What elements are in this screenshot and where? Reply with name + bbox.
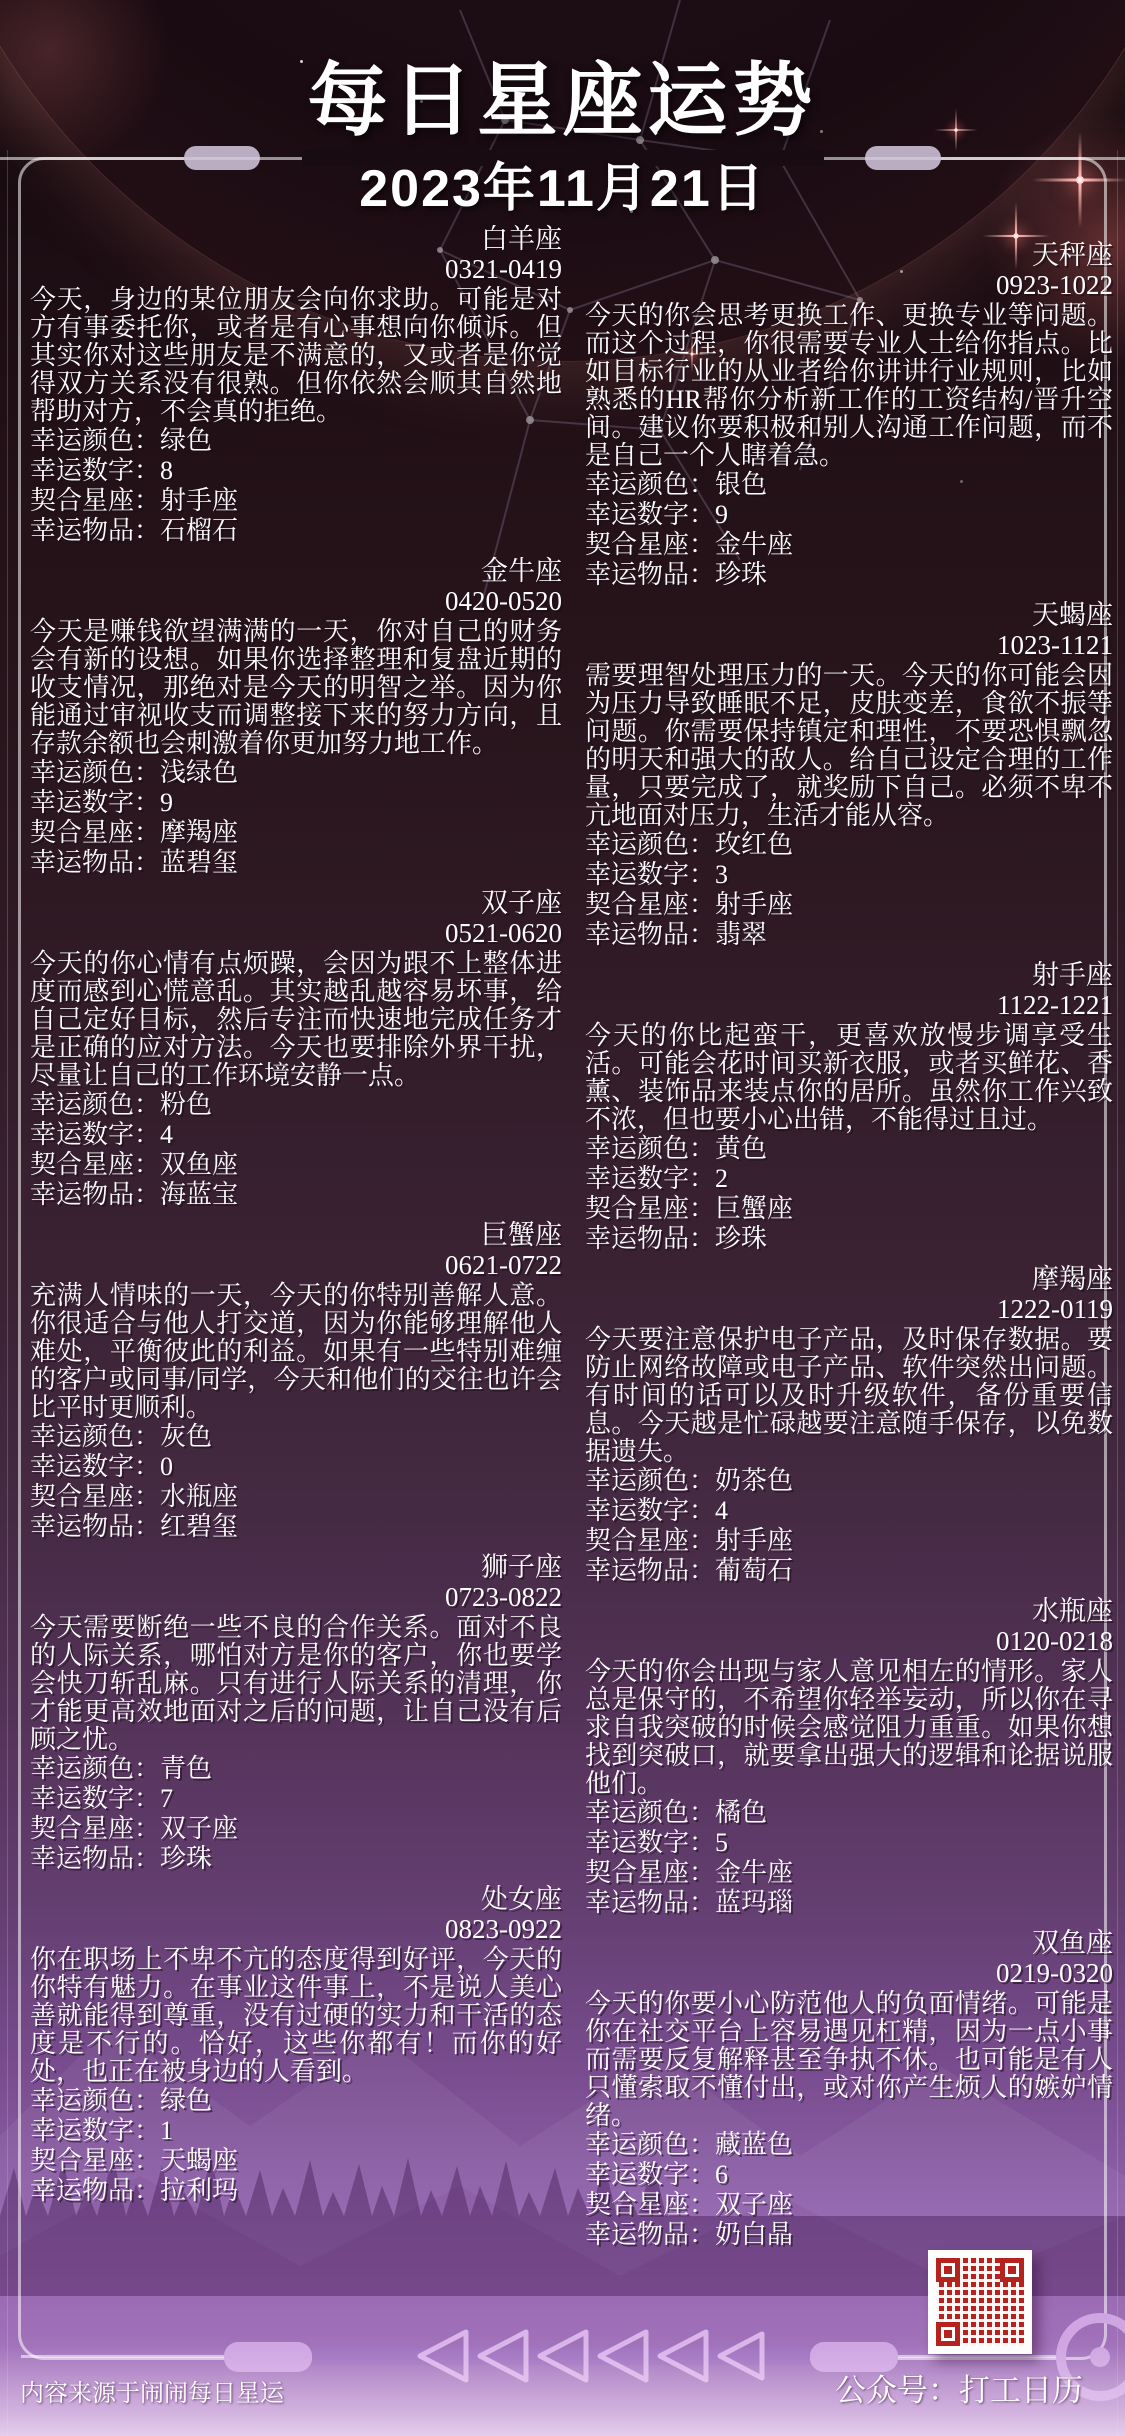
match-sign-value: 金牛座 [715, 530, 793, 559]
qr-code [928, 2250, 1032, 2354]
lucky-number-value: 6 [715, 2160, 728, 2189]
lucky-item-label: 幸运物品： [585, 2220, 715, 2249]
lucky-number-value: 5 [715, 1828, 728, 1857]
lucky-number-value: 7 [160, 1784, 173, 1813]
sign-block: 双鱼座 0219-0320 今天的你要小心防范他人的负面情绪。可能是你在社交平台… [585, 1928, 1113, 2250]
sign-fortune-text: 今天的你比起蛮干，更喜欢放慢步调享受生活。可能会花时间买新衣服，或者买鲜花、香薰… [585, 1022, 1113, 1134]
horoscope-poster: 每日星座运势 2023年11月21日 白羊座 0321-0419 今天，身边的某… [0, 0, 1125, 2436]
lucky-color-value: 银色 [715, 470, 767, 499]
match-sign-value: 双子座 [160, 1814, 238, 1843]
match-sign-label: 契合星座： [30, 1150, 160, 1179]
sign-block: 天秤座 0923-1022 今天的你会思考更换工作、更换专业等问题。而这个过程，… [585, 240, 1113, 590]
lucky-number-label: 幸运数字： [30, 1452, 160, 1481]
sign-date-range: 0120-0218 [585, 1626, 1113, 1656]
lucky-number-line: 幸运数字：1 [30, 2116, 562, 2146]
lucky-item-label: 幸运物品： [585, 920, 715, 949]
lucky-item-value: 海蓝宝 [160, 1180, 238, 1209]
lucky-number-label: 幸运数字： [30, 1120, 160, 1149]
sign-fortune-text: 今天要注意保护电子产品，及时保存数据。要防止网络故障或电子产品、软件突然出问题。… [585, 1326, 1113, 1466]
lucky-color-label: 幸运颜色： [585, 830, 715, 859]
lucky-number-label: 幸运数字： [585, 500, 715, 529]
sign-date-range: 0420-0520 [30, 586, 562, 616]
lucky-item-label: 幸运物品： [30, 848, 160, 877]
match-sign-value: 金牛座 [715, 1858, 793, 1887]
match-sign-value: 天蝎座 [160, 2146, 238, 2175]
sign-fortune-text: 你在职场上不卑不亢的态度得到好评，今天的你特有魅力。在事业这件事上，不是说人美心… [30, 1946, 562, 2086]
sign-block: 金牛座 0420-0520 今天是赚钱欲望满满的一天，你对自己的财务会有新的设想… [30, 556, 562, 878]
match-sign-label: 契合星座： [30, 1482, 160, 1511]
lucky-color-value: 浅绿色 [160, 758, 238, 787]
match-sign-value: 射手座 [160, 486, 238, 515]
lucky-color-label: 幸运颜色： [30, 2086, 160, 2115]
lucky-number-label: 幸运数字： [30, 2116, 160, 2145]
match-sign-label: 契合星座： [585, 2190, 715, 2219]
lucky-color-label: 幸运颜色： [585, 470, 715, 499]
match-sign-line: 契合星座：金牛座 [585, 530, 1113, 560]
match-sign-value: 射手座 [715, 890, 793, 919]
lucky-item-label: 幸运物品： [585, 1556, 715, 1585]
lucky-item-line: 幸运物品：葡萄石 [585, 1556, 1113, 1586]
page-date: 2023年11月21日 [0, 146, 1125, 221]
lucky-number-line: 幸运数字：2 [585, 1164, 1113, 1194]
lucky-item-line: 幸运物品：石榴石 [30, 516, 562, 546]
lucky-number-line: 幸运数字：8 [30, 456, 562, 486]
match-sign-value: 水瓶座 [160, 1482, 238, 1511]
lucky-item-label: 幸运物品： [30, 1512, 160, 1541]
sign-block: 狮子座 0723-0822 今天需要断绝一些不良的合作关系。面对不良的人际关系，… [30, 1552, 562, 1874]
lucky-number-label: 幸运数字： [585, 860, 715, 889]
lucky-item-line: 幸运物品：海蓝宝 [30, 1180, 562, 1210]
page-title: 每日星座运势 [0, 36, 1125, 151]
lucky-color-line: 幸运颜色：玫红色 [585, 830, 1113, 860]
frame-hairline-left [7, 150, 8, 2436]
sign-block: 处女座 0823-0922 你在职场上不卑不亢的态度得到好评，今天的你特有魅力。… [30, 1884, 562, 2206]
qr-finder-icon [936, 2258, 960, 2282]
match-sign-label: 契合星座： [30, 486, 160, 515]
qr-pattern [936, 2258, 1024, 2346]
lucky-color-line: 幸运颜色：灰色 [30, 1422, 562, 1452]
sign-date-range: 1222-0119 [585, 1294, 1113, 1324]
match-sign-label: 契合星座： [585, 1194, 715, 1223]
sign-date-range: 1023-1121 [585, 630, 1113, 660]
match-sign-value: 摩羯座 [160, 818, 238, 847]
column-left: 白羊座 0321-0419 今天，身边的某位朋友会向你求助。可能是对方有事委托你… [30, 224, 562, 2216]
lucky-number-line: 幸运数字：9 [30, 788, 562, 818]
lucky-number-value: 4 [715, 1496, 728, 1525]
qr-finder-icon [936, 2322, 960, 2346]
lucky-item-label: 幸运物品： [585, 560, 715, 589]
lucky-number-value: 4 [160, 1120, 173, 1149]
sign-block: 射手座 1122-1221 今天的你比起蛮干，更喜欢放慢步调享受生活。可能会花时… [585, 960, 1113, 1254]
match-sign-line: 契合星座：双鱼座 [30, 1150, 562, 1180]
lucky-color-line: 幸运颜色：黄色 [585, 1134, 1113, 1164]
lucky-color-line: 幸运颜色：青色 [30, 1754, 562, 1784]
lucky-color-line: 幸运颜色：浅绿色 [30, 758, 562, 788]
lucky-item-value: 珍珠 [160, 1844, 212, 1873]
match-sign-label: 契合星座： [30, 818, 160, 847]
sign-name: 双子座 [30, 888, 562, 918]
sign-date-range: 0521-0620 [30, 918, 562, 948]
match-sign-label: 契合星座： [30, 2146, 160, 2175]
lucky-color-label: 幸运颜色： [30, 758, 160, 787]
sign-date-range: 0823-0922 [30, 1914, 562, 1944]
sign-fortune-text: 今天，身边的某位朋友会向你求助。可能是对方有事委托你，或者是有心事想向你倾诉。但… [30, 286, 562, 426]
lucky-number-line: 幸运数字：3 [585, 860, 1113, 890]
match-sign-line: 契合星座：射手座 [585, 1526, 1113, 1556]
lucky-number-line: 幸运数字：4 [30, 1120, 562, 1150]
sign-date-range: 1122-1221 [585, 990, 1113, 1020]
match-sign-value: 射手座 [715, 1526, 793, 1555]
lucky-item-label: 幸运物品： [30, 2176, 160, 2205]
sign-name: 白羊座 [30, 224, 562, 254]
lucky-color-value: 绿色 [160, 2086, 212, 2115]
sign-fortune-text: 今天的你要小心防范他人的负面情绪。可能是你在社交平台上容易遇见杠精，因为一点小事… [585, 1990, 1113, 2130]
lucky-item-value: 葡萄石 [715, 1556, 793, 1585]
sign-fortune-text: 今天的你会思考更换工作、更换专业等问题。而这个过程，你很需要专业人士给你指点。比… [585, 302, 1113, 470]
lucky-color-label: 幸运颜色： [30, 1422, 160, 1451]
match-sign-line: 契合星座：双子座 [30, 1814, 562, 1844]
lucky-number-label: 幸运数字： [585, 1164, 715, 1193]
match-sign-label: 契合星座： [585, 1526, 715, 1555]
lucky-item-value: 蓝玛瑙 [715, 1888, 793, 1917]
lucky-color-value: 藏蓝色 [715, 2130, 793, 2159]
lucky-color-value: 灰色 [160, 1422, 212, 1451]
sign-name: 巨蟹座 [30, 1220, 562, 1250]
lucky-number-line: 幸运数字：7 [30, 1784, 562, 1814]
lucky-color-label: 幸运颜色： [30, 426, 160, 455]
sign-fortune-text: 今天的你会出现与家人意见相左的情形。家人总是保守的，不希望你轻举妄动，所以你在寻… [585, 1658, 1113, 1798]
lucky-number-line: 幸运数字：4 [585, 1496, 1113, 1526]
lucky-number-line: 幸运数字：5 [585, 1828, 1113, 1858]
lucky-color-line: 幸运颜色：橘色 [585, 1798, 1113, 1828]
lucky-number-line: 幸运数字：9 [585, 500, 1113, 530]
lucky-item-label: 幸运物品： [30, 1180, 160, 1209]
lucky-item-line: 幸运物品：蓝玛瑙 [585, 1888, 1113, 1918]
wechat-account: 公众号：打工日历 [835, 2365, 1083, 2410]
lucky-number-value: 9 [715, 500, 728, 529]
lucky-color-line: 幸运颜色：绿色 [30, 2086, 562, 2116]
lucky-item-line: 幸运物品：拉利玛 [30, 2176, 562, 2206]
sign-date-range: 0621-0722 [30, 1250, 562, 1280]
match-sign-line: 契合星座：射手座 [585, 890, 1113, 920]
lucky-color-line: 幸运颜色：藏蓝色 [585, 2130, 1113, 2160]
lucky-item-value: 蓝碧玺 [160, 848, 238, 877]
sign-date-range: 0923-1022 [585, 270, 1113, 300]
content-source: 内容来源于闹闹每日星运 [20, 2373, 284, 2408]
lucky-number-label: 幸运数字： [585, 1496, 715, 1525]
sign-block: 双子座 0521-0620 今天的你心情有点烦躁，会因为跟不上整体进度而感到心慌… [30, 888, 562, 1210]
lucky-item-line: 幸运物品：翡翠 [585, 920, 1113, 950]
lucky-color-value: 奶茶色 [715, 1466, 793, 1495]
lucky-item-label: 幸运物品： [30, 1844, 160, 1873]
sign-name: 双鱼座 [585, 1928, 1113, 1958]
match-sign-label: 契合星座： [585, 530, 715, 559]
lucky-color-label: 幸运颜色： [30, 1090, 160, 1119]
lucky-color-label: 幸运颜色： [585, 1798, 715, 1827]
sign-fortune-text: 今天需要断绝一些不良的合作关系。面对不良的人际关系，哪怕对方是你的客户，你也要学… [30, 1614, 562, 1754]
lucky-item-line: 幸运物品：珍珠 [585, 560, 1113, 590]
sign-fortune-text: 需要理智处理压力的一天。今天的你可能会因为压力导致睡眠不足，皮肤变差，食欲不振等… [585, 662, 1113, 830]
lucky-color-value: 绿色 [160, 426, 212, 455]
lucky-color-value: 玫红色 [715, 830, 793, 859]
match-sign-line: 契合星座：巨蟹座 [585, 1194, 1113, 1224]
sign-name: 金牛座 [30, 556, 562, 586]
lucky-color-label: 幸运颜色： [585, 1134, 715, 1163]
lucky-item-value: 石榴石 [160, 516, 238, 545]
lucky-color-value: 粉色 [160, 1090, 212, 1119]
lucky-number-value: 8 [160, 456, 173, 485]
column-right: 天秤座 0923-1022 今天的你会思考更换工作、更换专业等问题。而这个过程，… [585, 240, 1113, 2260]
sign-name: 天蝎座 [585, 600, 1113, 630]
sign-name: 摩羯座 [585, 1264, 1113, 1294]
lucky-color-label: 幸运颜色： [30, 1754, 160, 1783]
lucky-item-value: 拉利玛 [160, 2176, 238, 2205]
lucky-item-line: 幸运物品：珍珠 [30, 1844, 562, 1874]
match-sign-label: 契合星座： [585, 1858, 715, 1887]
match-sign-label: 契合星座： [585, 890, 715, 919]
lucky-item-line: 幸运物品：珍珠 [585, 1224, 1113, 1254]
lucky-number-value: 2 [715, 1164, 728, 1193]
sign-date-range: 0219-0320 [585, 1958, 1113, 1988]
lucky-number-value: 9 [160, 788, 173, 817]
sign-block: 摩羯座 1222-0119 今天要注意保护电子产品，及时保存数据。要防止网络故障… [585, 1264, 1113, 1586]
sign-fortune-text: 今天是赚钱欲望满满的一天，你对自己的财务会有新的设想。如果你选择整理和复盘近期的… [30, 618, 562, 758]
lucky-item-line: 幸运物品：蓝碧玺 [30, 848, 562, 878]
lucky-number-value: 1 [160, 2116, 173, 2145]
lucky-number-label: 幸运数字： [30, 788, 160, 817]
sign-block: 水瓶座 0120-0218 今天的你会出现与家人意见相左的情形。家人总是保守的，… [585, 1596, 1113, 1918]
lucky-item-line: 幸运物品：奶白晶 [585, 2220, 1113, 2250]
lucky-item-label: 幸运物品： [585, 1224, 715, 1253]
sign-date-range: 0723-0822 [30, 1582, 562, 1612]
qr-finder-icon [1000, 2258, 1024, 2282]
lucky-color-line: 幸运颜色：绿色 [30, 426, 562, 456]
match-sign-line: 契合星座：射手座 [30, 486, 562, 516]
match-sign-line: 契合星座：水瓶座 [30, 1482, 562, 1512]
lucky-color-value: 橘色 [715, 1798, 767, 1827]
match-sign-value: 双子座 [715, 2190, 793, 2219]
lucky-item-value: 红碧玺 [160, 1512, 238, 1541]
lucky-item-value: 翡翠 [715, 920, 767, 949]
lucky-number-label: 幸运数字： [30, 456, 160, 485]
match-sign-line: 契合星座：天蝎座 [30, 2146, 562, 2176]
lucky-number-line: 幸运数字：0 [30, 1452, 562, 1482]
lucky-color-label: 幸运颜色： [585, 1466, 715, 1495]
sign-name: 狮子座 [30, 1552, 562, 1582]
sign-fortune-text: 今天的你心情有点烦躁，会因为跟不上整体进度而感到心慌意乱。其实越乱越容易坏事，给… [30, 950, 562, 1090]
sign-name: 水瓶座 [585, 1596, 1113, 1626]
lucky-number-label: 幸运数字： [585, 2160, 715, 2189]
lucky-color-line: 幸运颜色：奶茶色 [585, 1466, 1113, 1496]
sign-block: 巨蟹座 0621-0722 充满人情味的一天，今天的你特别善解人意。你很适合与他… [30, 1220, 562, 1542]
lucky-color-value: 青色 [160, 1754, 212, 1783]
match-sign-value: 巨蟹座 [715, 1194, 793, 1223]
match-sign-label: 契合星座： [30, 1814, 160, 1843]
lucky-number-line: 幸运数字：6 [585, 2160, 1113, 2190]
sign-fortune-text: 充满人情味的一天，今天的你特别善解人意。你很适合与他人打交道，因为你能够理解他人… [30, 1282, 562, 1422]
sign-name: 射手座 [585, 960, 1113, 990]
match-sign-line: 契合星座：摩羯座 [30, 818, 562, 848]
sign-name: 处女座 [30, 1884, 562, 1914]
lucky-color-value: 黄色 [715, 1134, 767, 1163]
lucky-number-label: 幸运数字： [30, 1784, 160, 1813]
sign-date-range: 0321-0419 [30, 254, 562, 284]
frame-hairline-right [1117, 150, 1118, 2436]
sign-block: 天蝎座 1023-1121 需要理智处理压力的一天。今天的你可能会因为压力导致睡… [585, 600, 1113, 950]
match-sign-line: 契合星座：双子座 [585, 2190, 1113, 2220]
lucky-item-value: 珍珠 [715, 1224, 767, 1253]
sign-name: 天秤座 [585, 240, 1113, 270]
lucky-number-value: 0 [160, 1452, 173, 1481]
lucky-item-value: 珍珠 [715, 560, 767, 589]
lucky-number-label: 幸运数字： [585, 1828, 715, 1857]
lucky-color-line: 幸运颜色：银色 [585, 470, 1113, 500]
lucky-color-label: 幸运颜色： [585, 2130, 715, 2159]
match-sign-line: 契合星座：金牛座 [585, 1858, 1113, 1888]
lucky-item-line: 幸运物品：红碧玺 [30, 1512, 562, 1542]
lucky-item-label: 幸运物品： [30, 516, 160, 545]
lucky-color-line: 幸运颜色：粉色 [30, 1090, 562, 1120]
lucky-item-label: 幸运物品： [585, 1888, 715, 1917]
match-sign-value: 双鱼座 [160, 1150, 238, 1179]
sign-block: 白羊座 0321-0419 今天，身边的某位朋友会向你求助。可能是对方有事委托你… [30, 224, 562, 546]
lucky-number-value: 3 [715, 860, 728, 889]
lucky-item-value: 奶白晶 [715, 2220, 793, 2249]
